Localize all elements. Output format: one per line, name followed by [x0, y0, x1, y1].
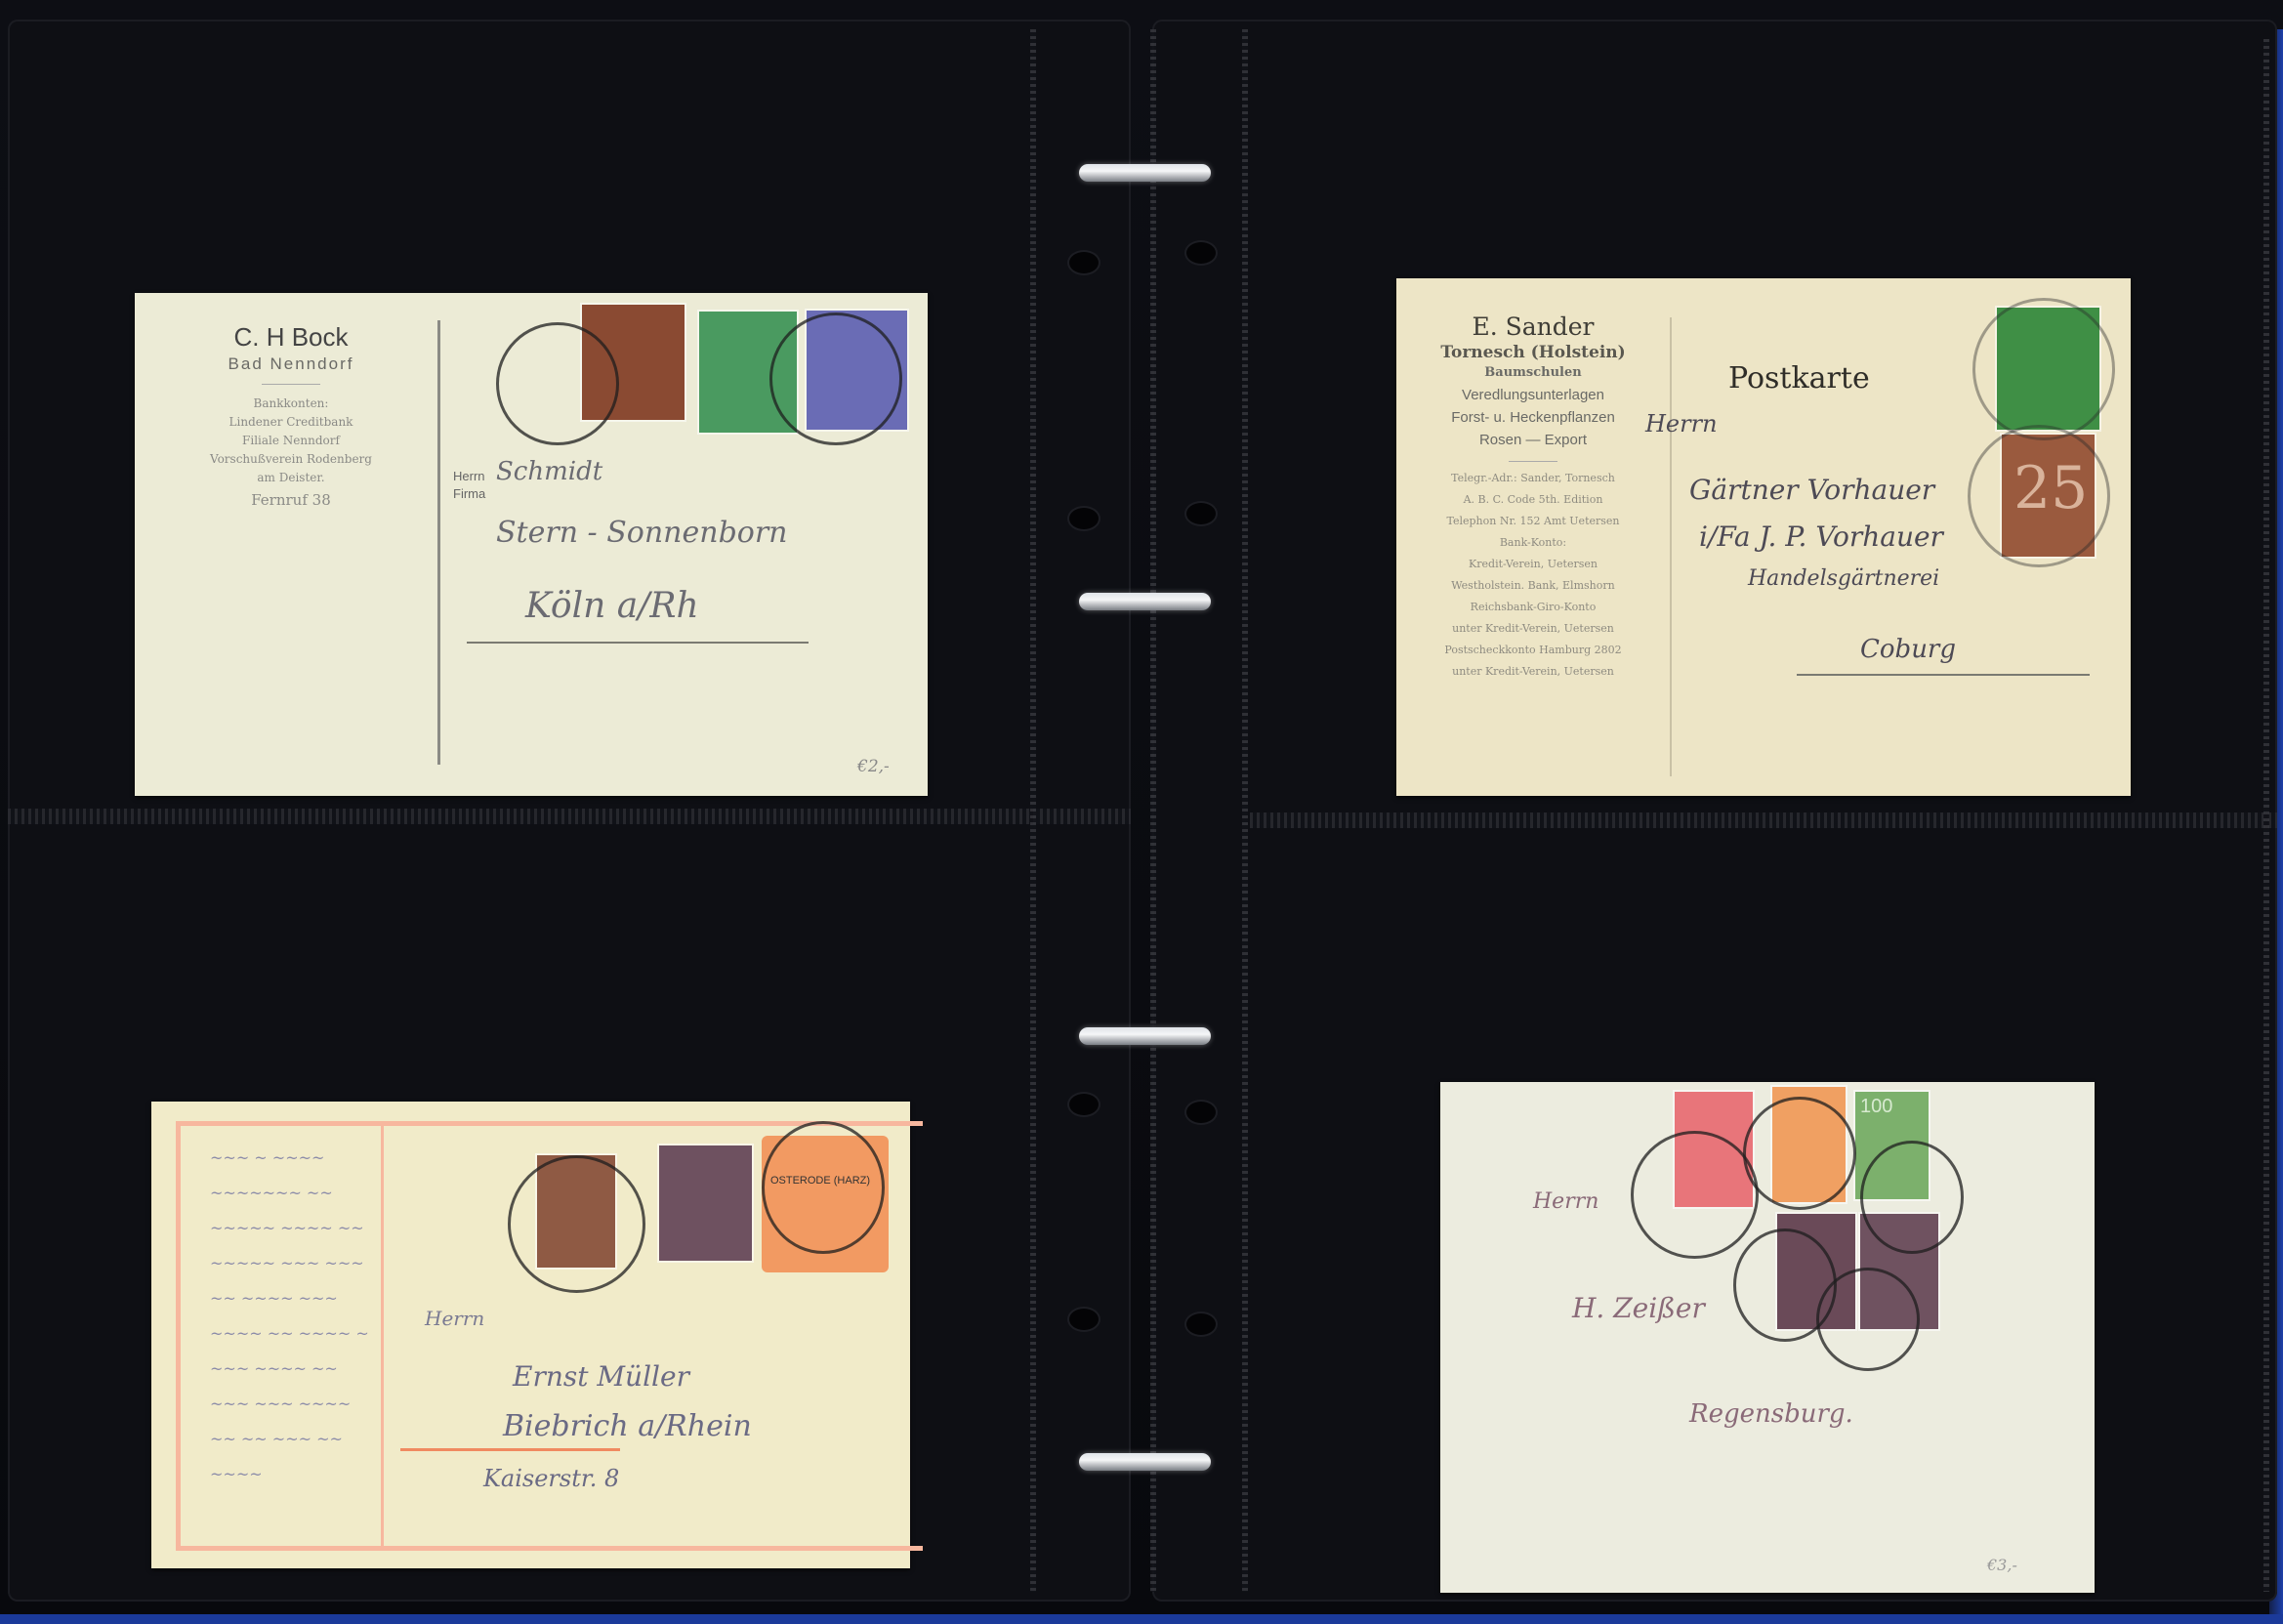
info-line: Telegr.-Adr.: Sander, Tornesch — [1401, 468, 1665, 489]
postmark — [1631, 1131, 1759, 1259]
business-line: Rosen — Export — [1401, 429, 1665, 451]
address-label-herrn: Herrn — [453, 469, 485, 483]
card-center-divider — [1670, 317, 1672, 776]
recipient-line: Handelsgärtnerei — [1748, 566, 1939, 591]
postmark — [762, 1121, 885, 1254]
recipient-line: Regensburg. — [1689, 1399, 1853, 1429]
recipient-line: Herrn — [1533, 1189, 1598, 1214]
info-line: Bank-Konto: — [1401, 532, 1665, 554]
divider — [262, 384, 320, 385]
punch-hole — [1186, 242, 1216, 264]
sender-place: Tornesch (Holstein) — [1401, 343, 1665, 362]
card-center-divider — [437, 320, 440, 765]
info-line: Westholstein. Bank, Elmshorn — [1401, 575, 1665, 597]
bank-line: Filiale Nenndorf — [164, 432, 418, 450]
binder-ring — [1079, 1027, 1211, 1045]
postmark — [1860, 1141, 1964, 1254]
punch-hole — [1069, 508, 1099, 529]
recipient-line: Schmidt — [496, 457, 602, 486]
recipient-line: H. Zeißer — [1572, 1292, 1705, 1324]
page-seam-left — [1030, 29, 1036, 1592]
postmark — [1743, 1097, 1856, 1210]
business-line: Baumschulen — [1401, 362, 1665, 384]
info-line: Kredit-Verein, Uetersen — [1401, 554, 1665, 575]
divider — [1509, 461, 1557, 462]
sender-name: C. H Bock — [164, 322, 418, 353]
stamp — [659, 1145, 752, 1261]
binder-ring — [1079, 1453, 1211, 1471]
page-edge-right — [2263, 39, 2269, 1592]
sender-name: E. Sander — [1401, 312, 1665, 341]
binder-cover-bottom-edge — [0, 1614, 2283, 1624]
punch-hole — [1069, 1309, 1099, 1330]
phone: Fernruf 38 — [164, 487, 418, 513]
business-line: Forst- u. Heckenpflanzen — [1401, 406, 1665, 429]
info-line: A. B. C. Code 5th. Edition — [1401, 489, 1665, 511]
postmark — [1816, 1268, 1920, 1371]
price-note: €3,- — [1987, 1556, 2017, 1574]
page-seam-right — [1242, 29, 1248, 1592]
stamp-value: 100 — [1860, 1096, 1892, 1118]
recipient-line: Köln a/Rh — [525, 586, 699, 626]
recipient-line: Kaiserstr. 8 — [483, 1465, 619, 1492]
recipient-line: Stern - Sonnenborn — [496, 516, 788, 550]
bank-line: Vorschußverein Rodenberg — [164, 450, 418, 469]
recipient-line: Herrn — [425, 1307, 484, 1330]
info-line: unter Kredit-Verein, Uetersen — [1401, 618, 1665, 640]
punch-hole — [1186, 503, 1216, 524]
bank-line: Lindener Creditbank — [164, 413, 418, 432]
binder-ring — [1079, 593, 1211, 610]
punch-hole — [1069, 1094, 1099, 1115]
postcard-sander[interactable]: E. Sander Tornesch (Holstein) Baumschule… — [1396, 278, 2131, 796]
bank-line: Bankkonten: — [164, 395, 418, 413]
address-line — [467, 642, 809, 644]
recipient-line: Coburg — [1860, 635, 1956, 664]
punch-hole — [1069, 252, 1099, 273]
recipient-line: i/Fa J. P. Vorhauer — [1699, 521, 1943, 553]
info-line: Telephon Nr. 152 Amt Uetersen — [1401, 511, 1665, 532]
postmark — [1972, 298, 2115, 440]
postcard-bock[interactable]: C. H Bock Bad Nenndorf Bankkonten: Linde… — [135, 293, 928, 796]
punch-hole — [1186, 1102, 1216, 1123]
bank-line: am Deister. — [164, 469, 418, 487]
postmark-text: OSTERODE (HARZ) — [762, 1175, 879, 1187]
business-line: Veredlungsunterlagen — [1401, 384, 1665, 406]
info-line: unter Kredit-Verein, Uetersen — [1401, 661, 1665, 683]
pocket-divider-left — [8, 809, 1131, 824]
page-seam-center — [1150, 29, 1156, 1592]
address-label-firma: Firma — [453, 486, 485, 501]
sender-block: E. Sander Tornesch (Holstein) Baumschule… — [1401, 312, 1665, 683]
recipient-line: Herrn — [1645, 410, 1718, 437]
sender-block: C. H Bock Bad Nenndorf Bankkonten: Linde… — [164, 322, 418, 513]
orange-address-line — [400, 1448, 620, 1451]
orange-divider — [381, 1126, 384, 1546]
postmark — [508, 1155, 645, 1293]
postmark — [496, 322, 619, 445]
sender-place: Bad Nenndorf — [164, 354, 418, 374]
recipient-line: Gärtner Vorhauer — [1689, 474, 1934, 506]
card-title: Postkarte — [1728, 361, 1870, 396]
recipient-line: Biebrich a/Rhein — [503, 1409, 752, 1443]
pocket-divider-right — [1250, 812, 2277, 828]
envelope-cover[interactable]: Herrn H. Zeißer Regensburg. 100 €3,- — [1440, 1082, 2095, 1593]
price-note: €2,- — [857, 757, 890, 776]
binder-ring — [1079, 164, 1211, 182]
info-line: Postscheckkonto Hamburg 2802 — [1401, 640, 1665, 661]
postmark — [769, 312, 902, 445]
recipient-line: Ernst Müller — [513, 1360, 689, 1393]
postmark — [1968, 425, 2110, 567]
punch-hole — [1186, 1313, 1216, 1335]
message-text: ~~~ ~ ~~~~ ~~~~~~~ ~~ ~~~~~ ~~~~ ~~ ~~~~… — [210, 1141, 376, 1492]
postal-stationery-card[interactable]: ~~~ ~ ~~~~ ~~~~~~~ ~~ ~~~~~ ~~~~ ~~ ~~~~… — [151, 1102, 910, 1568]
address-line — [1797, 674, 2090, 676]
info-line: Reichsbank-Giro-Konto — [1401, 597, 1665, 618]
